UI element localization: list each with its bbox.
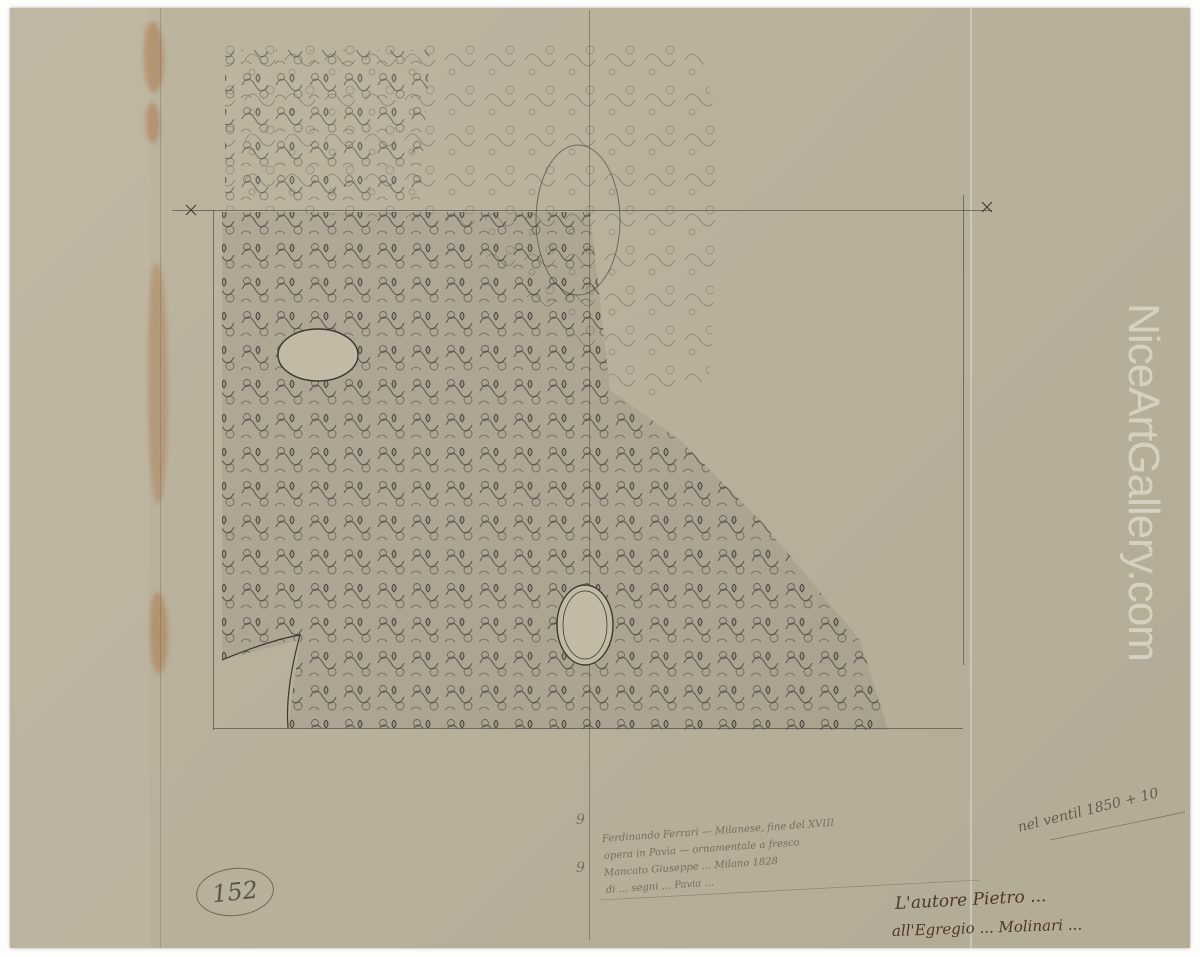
catalog-number: 152 xyxy=(211,876,259,909)
artwork-canvas: 9 9 Ferdinando Ferrari — Milanese, fine … xyxy=(0,0,1200,957)
registration-mark-label: 9 xyxy=(576,860,585,876)
watermark-text: NiceArtGallery.com xyxy=(1118,303,1168,661)
ornamental-drawing xyxy=(0,0,1200,957)
registration-mark-label: 9 xyxy=(576,812,585,828)
watermark: NiceArtGallery.com xyxy=(1113,282,1173,682)
